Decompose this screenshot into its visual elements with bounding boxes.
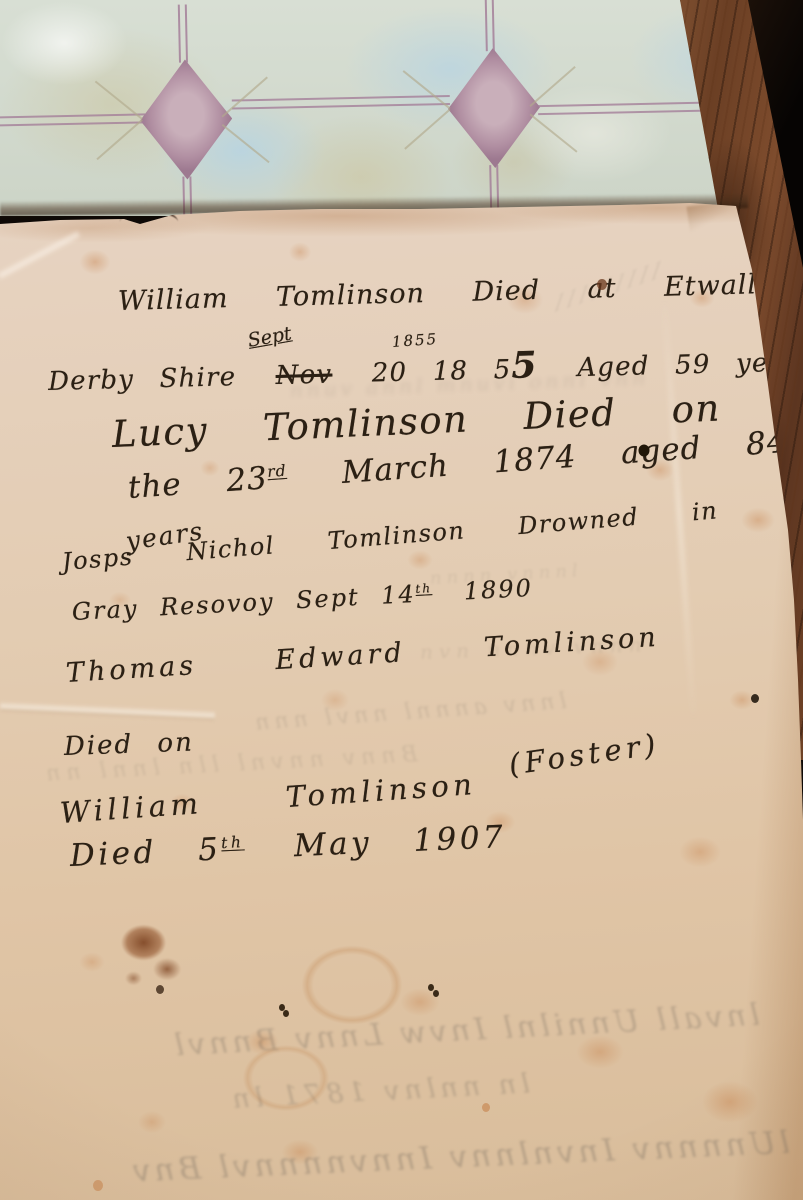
text-the-23: the 23 xyxy=(127,460,269,506)
pattern-octagon-line xyxy=(530,114,578,153)
tile-pattern xyxy=(0,0,803,224)
handwriting-correction-month: Sept xyxy=(246,323,293,352)
mauve-diamond-motif xyxy=(447,47,541,169)
handwriting-line-died-5-may-1907: Died 5th May 1907 xyxy=(69,819,507,874)
text-sup-th: th xyxy=(221,833,245,852)
handwriting-line-gray-resovoy-1890: Gray Resovoy Sept 14th 1890 xyxy=(71,574,533,626)
ghost-writing: ln nnlnv 1871 ln xyxy=(10,1068,531,1126)
pattern-octagon-line xyxy=(96,119,142,160)
ghost-writing: lUnnnnv Invnlnnv Innvnnnnvl Bnv xyxy=(0,1125,790,1195)
ghost-writing: lnvall Unnilnl Invw Lnnv Bnnvl xyxy=(60,998,761,1070)
ink-brown-stain xyxy=(110,916,194,992)
handwriting-line-died-on: Died on xyxy=(63,727,194,762)
pattern-octagon-line xyxy=(222,124,270,163)
photograph-of-handwritten-register-page: l l l l l l l l l nnuv annl mnuvi onnl v… xyxy=(0,0,803,1200)
text-sup-rd: rd xyxy=(267,462,288,481)
ghost-writing: lnnv annnl nnvl nnn xyxy=(250,689,568,736)
pattern-octagon-line xyxy=(221,76,267,117)
pattern-octagon-line xyxy=(404,109,450,150)
text-foster: (Foster) xyxy=(507,727,662,782)
text-1890: 1890 xyxy=(463,574,533,606)
paper-crease xyxy=(0,231,80,279)
pattern-horizontal-line xyxy=(0,113,145,126)
text-may-1907: May 1907 xyxy=(293,819,507,864)
text-gray-resovoy-sept-14: Gray Resovoy Sept 14 xyxy=(71,580,416,626)
oilcloth-pattern-background xyxy=(0,0,803,216)
handwriting-line-thomas-edward: Thomas Edward Tomlinson xyxy=(65,622,660,689)
text-date-2018: 20 18 5 xyxy=(371,355,511,389)
handwriting-line-william-died-etwall: William Tomlinson Died at Etwall. xyxy=(118,269,767,317)
pattern-horizontal-line xyxy=(538,101,723,115)
text-derby-shire: Derby Shire xyxy=(48,362,237,397)
text-struck-nov: Nov xyxy=(275,360,332,391)
text-sup-th: th xyxy=(415,581,432,596)
pattern-octagon-line xyxy=(529,66,575,107)
mauve-diamond-motif xyxy=(139,59,233,181)
pattern-stem-line xyxy=(485,0,495,51)
pattern-stem-line xyxy=(178,4,188,62)
paper-crease xyxy=(0,701,215,720)
text-overwritten-5: 5 xyxy=(511,343,539,387)
pattern-horizontal-line xyxy=(232,95,450,110)
text-died-5: Died 5 xyxy=(69,831,222,874)
